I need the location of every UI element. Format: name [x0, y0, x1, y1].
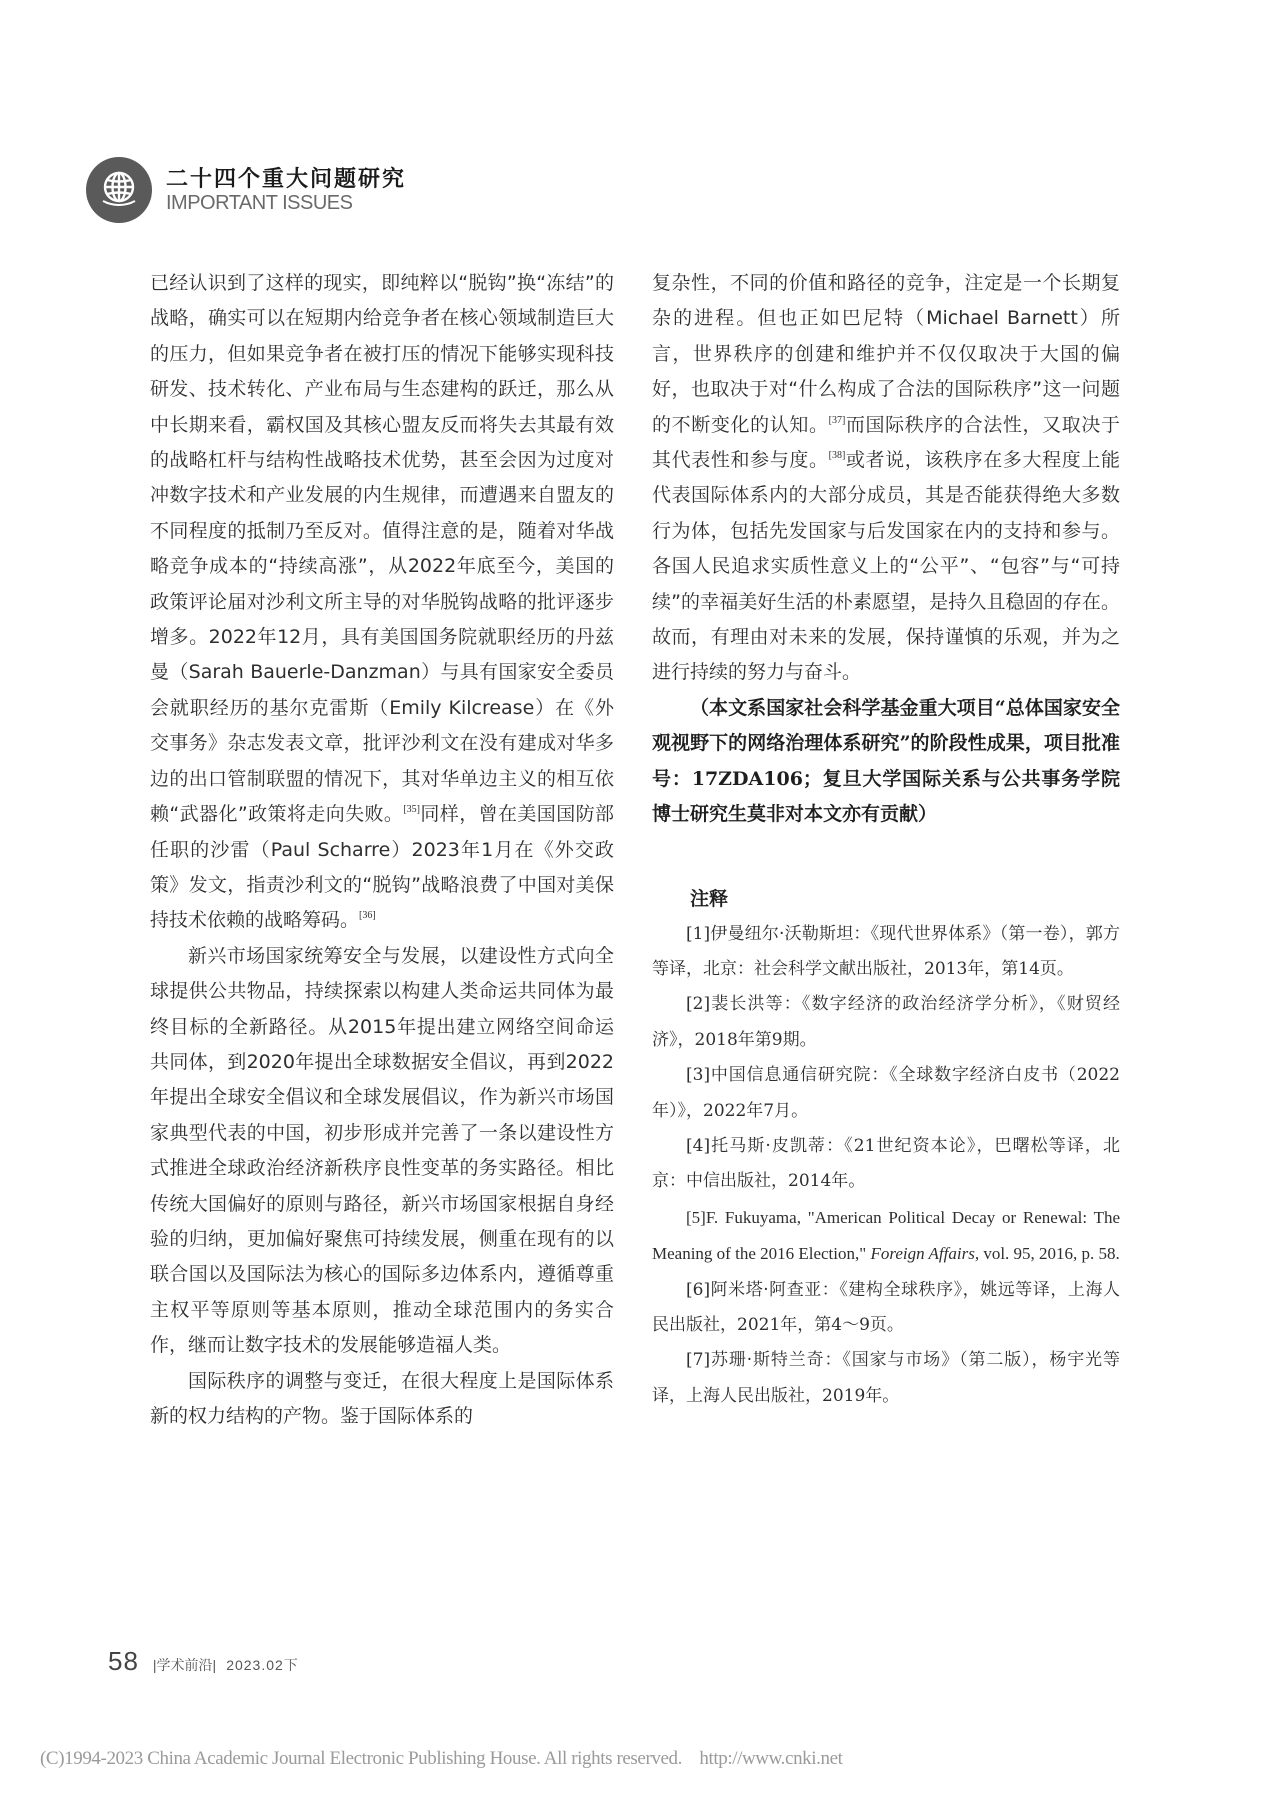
funding-note: （本文系国家社会科学基金重大项目“总体国家安全观视野下的网络治理体系研究”的阶段… [652, 691, 1120, 833]
paragraph-text: 复杂性，不同的价值和路径的竞争，注定是一个长期复杂的进程。但也正如巴尼特（Mic… [652, 272, 1120, 436]
note-item: [1]伊曼纽尔·沃勒斯坦：《现代世界体系》（第一卷），郭方等译，北京：社会科学文… [652, 917, 1120, 988]
page-number: 58 [108, 1646, 139, 1677]
note-item: [2]裴长洪等：《数字经济的政治经济学分析》，《财贸经济》，2018年第9期。 [652, 987, 1120, 1058]
body-paragraph: 新兴市场国家统筹安全与发展，以建设性方式向全球提供公共物品，持续探索以构建人类命… [150, 939, 614, 1364]
right-column: 复杂性，不同的价值和路径的竞争，注定是一个长期复杂的进程。但也正如巴尼特（Mic… [652, 266, 1120, 1414]
citation-ref-36[interactable]: [36] [359, 910, 376, 921]
section-title-cn: 二十四个重大问题研究 [166, 166, 406, 192]
paragraph-text: 已经认识到了这样的现实，即纯粹以“脱钩”换“冻结”的战略，确实可以在短期内给竞争… [150, 272, 614, 825]
citation-ref-35[interactable]: [35] [403, 804, 420, 815]
note-item: [6]阿米塔·阿查亚：《建构全球秩序》，姚远等译，上海人民出版社，2021年，第… [652, 1273, 1120, 1344]
copyright-notice: (C)1994-2023 China Academic Journal Elec… [40, 1748, 843, 1770]
notes-heading: 注释 [652, 881, 1120, 917]
globe-icon [86, 157, 152, 223]
section-header: 二十四个重大问题研究 IMPORTANT ISSUES [86, 155, 406, 225]
page-footer: 58 |学术前沿| 2023.02下 [108, 1646, 299, 1677]
left-column: 已经认识到了这样的现实，即纯粹以“脱钩”换“冻结”的战略，确实可以在短期内给竞争… [150, 266, 614, 1434]
note-journal-title: Foreign Affairs [870, 1244, 974, 1263]
body-paragraph: 复杂性，不同的价值和路径的竞争，注定是一个长期复杂的进程。但也正如巴尼特（Mic… [652, 266, 1120, 691]
citation-ref-38[interactable]: [38] [829, 450, 846, 461]
citation-ref-37[interactable]: [37] [829, 415, 846, 426]
paragraph-text: 国际秩序的调整与变迁，在很大程度上是国际体系新的权力结构的产物。鉴于国际体系的 [150, 1370, 614, 1427]
issue-label: 2023.02下 [226, 1655, 299, 1675]
body-paragraph: 国际秩序的调整与变迁，在很大程度上是国际体系新的权力结构的产物。鉴于国际体系的 [150, 1364, 614, 1435]
body-paragraph: 已经认识到了这样的现实，即纯粹以“脱钩”换“冻结”的战略，确实可以在短期内给竞争… [150, 266, 614, 939]
note-text: , vol. 95, 2016, p. 58. [975, 1244, 1120, 1263]
note-item: [3]中国信息通信研究院：《全球数字经济白皮书（2022年）》，2022年7月。 [652, 1058, 1120, 1129]
note-item: [4]托马斯·皮凯蒂：《21世纪资本论》，巴曙松等译，北京：中信出版社，2014… [652, 1129, 1120, 1200]
note-item: [5]F. Fukuyama, "American Political Deca… [652, 1200, 1120, 1273]
journal-name: |学术前沿| [153, 1655, 216, 1675]
paragraph-text: 或者说，该秩序在多大程度上能代表国际体系内的大部分成员，其是否能获得绝大多数行为… [652, 449, 1120, 683]
note-item: [7]苏珊·斯特兰奇：《国家与市场》（第二版），杨宇光等译，上海人民出版社，20… [652, 1343, 1120, 1414]
section-title-en: IMPORTANT ISSUES [166, 192, 406, 214]
paragraph-text: 新兴市场国家统筹安全与发展，以建设性方式向全球提供公共物品，持续探索以构建人类命… [150, 945, 614, 1356]
